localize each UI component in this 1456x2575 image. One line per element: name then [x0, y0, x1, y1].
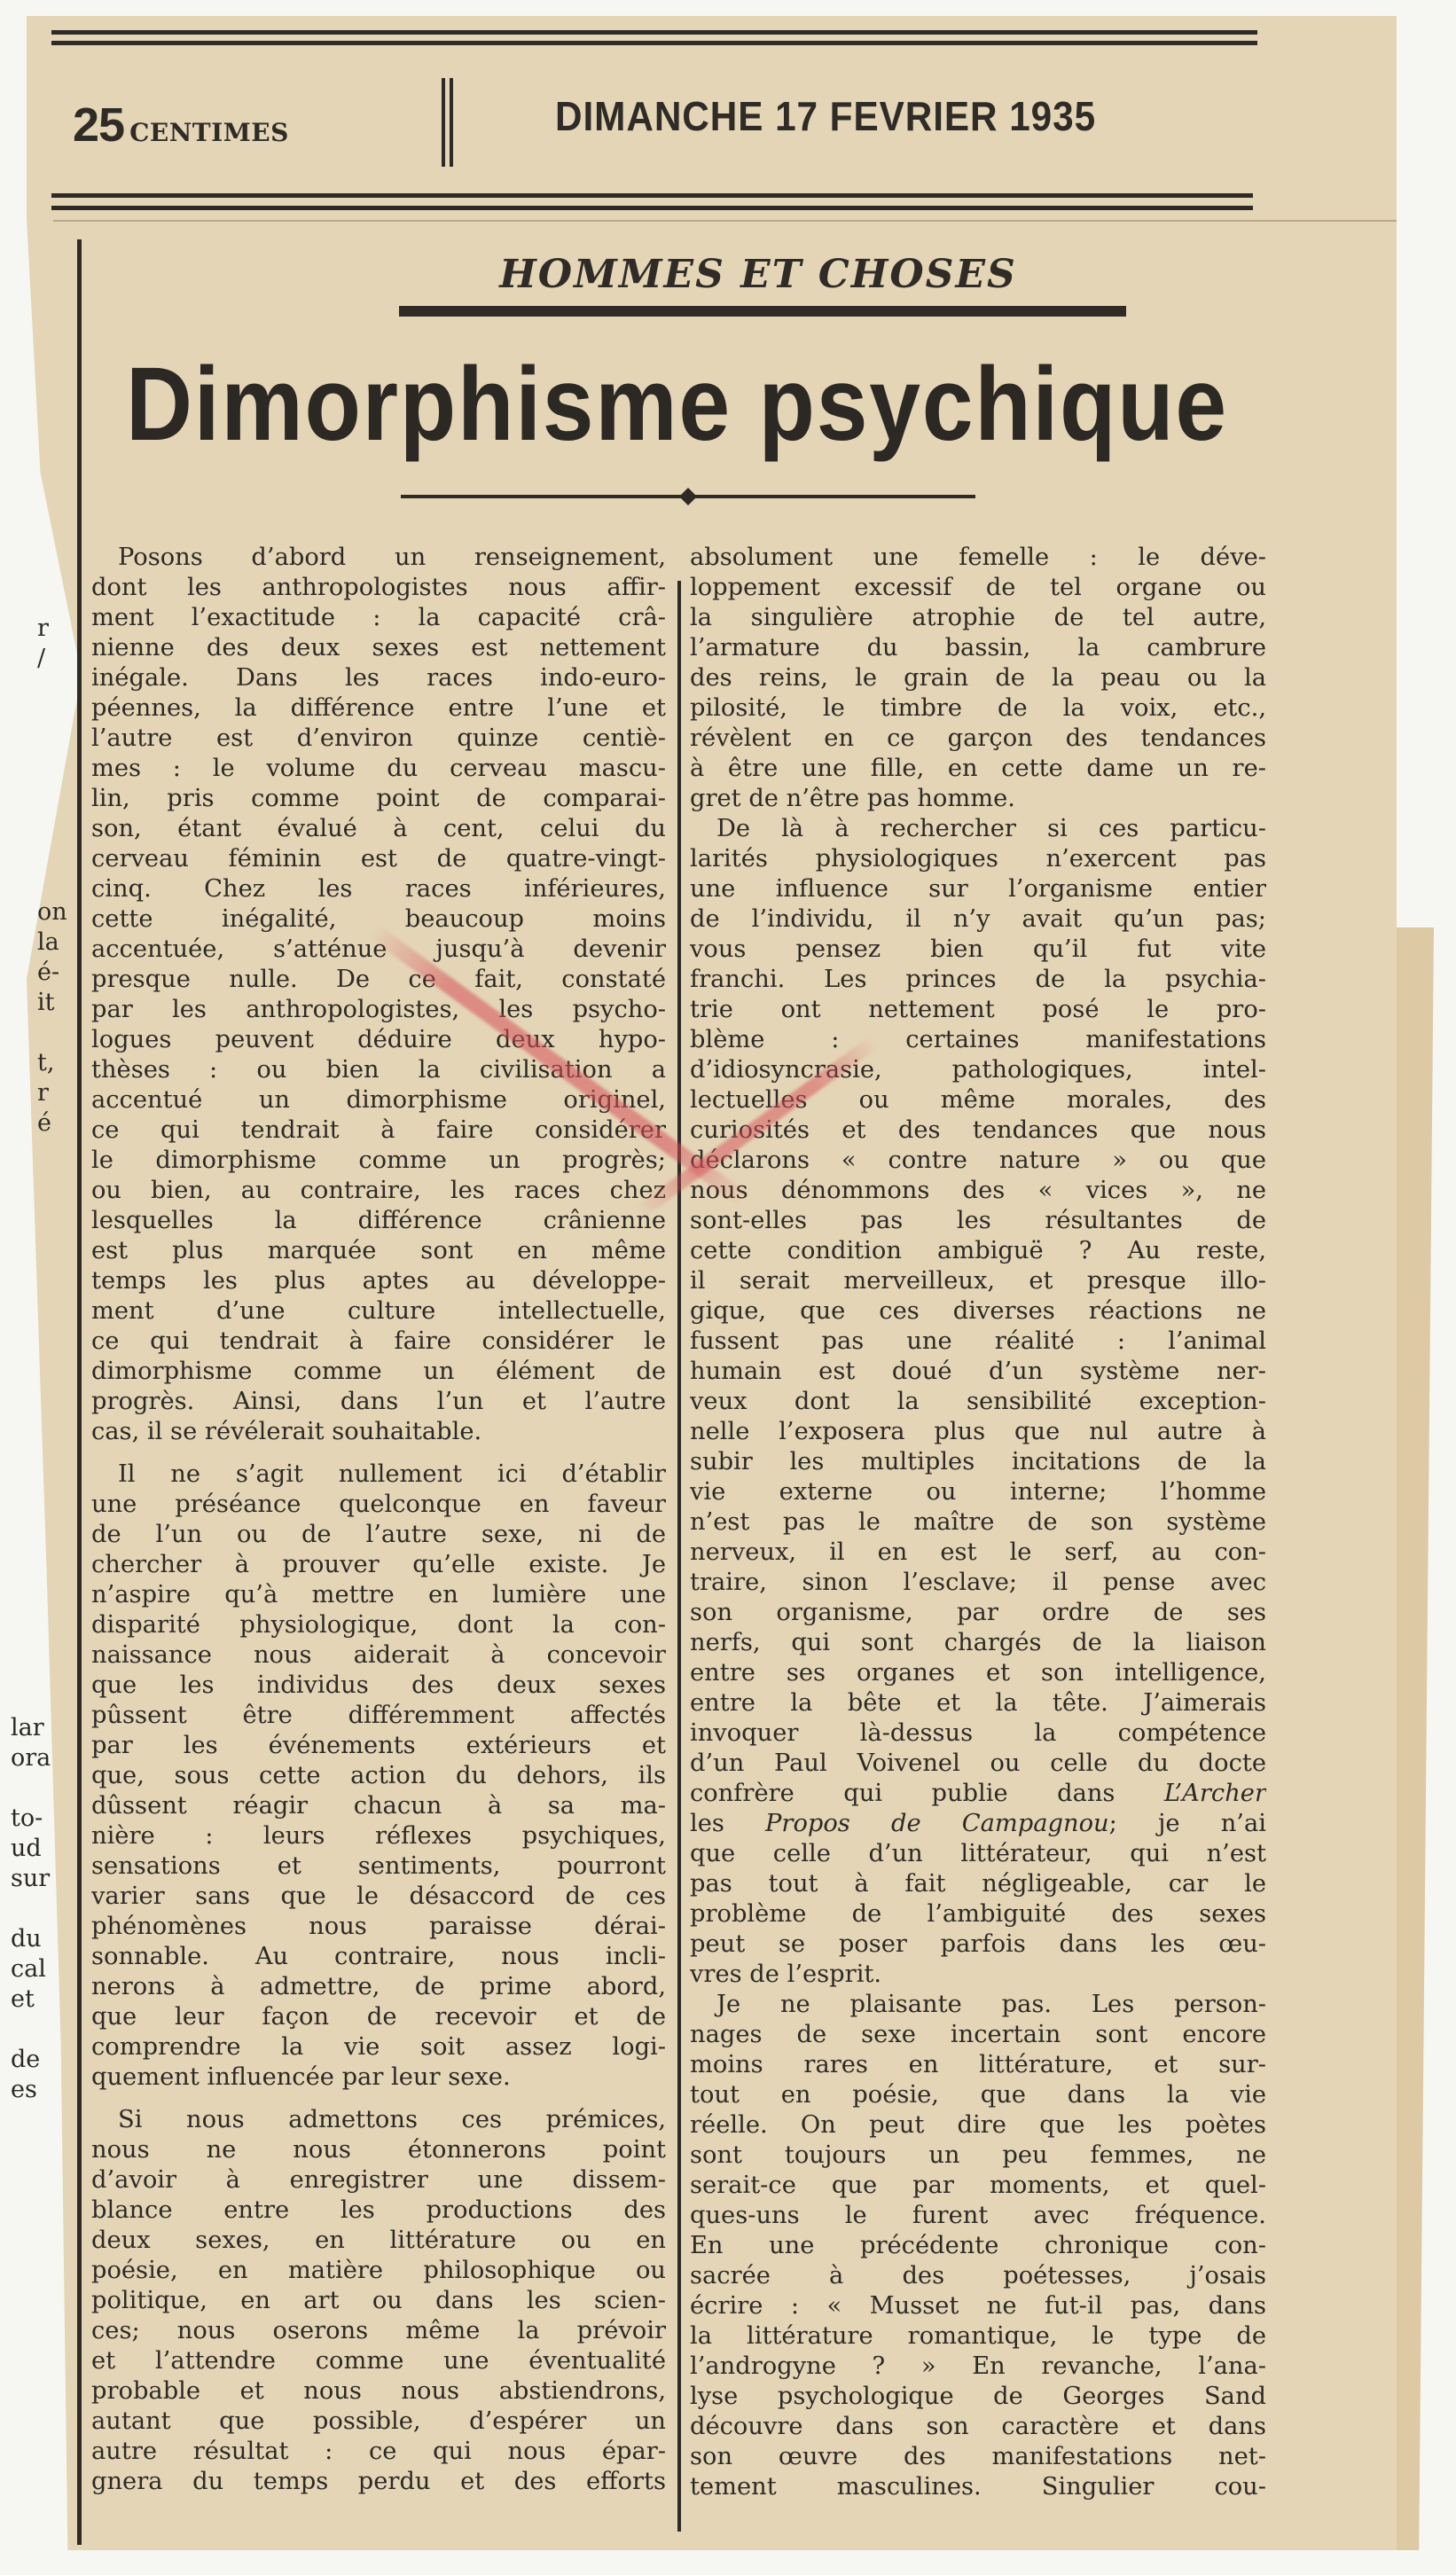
- text-line: nages de sexe incertain sont encore: [690, 2020, 1266, 2050]
- text-line: pas tout à fait négligeable, car le: [690, 1869, 1266, 1899]
- text-line: l’autre est d’environ quinze centiè-: [91, 724, 666, 754]
- text-line: ce qui tendrait à faire considérer le: [91, 1327, 666, 1357]
- text-line: sont toujours un peu femmes, ne: [690, 2141, 1266, 2171]
- article-column-right: absolument une femelle : le déve-loppeme…: [690, 543, 1266, 2502]
- issue-date: DIMANCHE 17 FEVRIER 1935: [555, 92, 1096, 140]
- text-line: que celle d’un littérateur, qui n’est: [690, 1839, 1266, 1869]
- text-line: entre la bête et la tête. J’aimerais: [690, 1688, 1266, 1718]
- text-line: par les anthropologistes, les psycho-: [91, 995, 666, 1025]
- text-line: de l’individu, il n’y avait qu’un pas;: [690, 904, 1266, 935]
- text-line: que leur façon de recevoir et de: [91, 2002, 666, 2032]
- text-line: trie ont nettement posé le pro-: [690, 995, 1266, 1025]
- text-line: En une précédente chronique con-: [690, 2231, 1266, 2261]
- text-line: ces; nous oserons même la prévoir: [91, 2316, 666, 2346]
- text-line: sacrée à des poétesses, j’osais: [690, 2261, 1266, 2291]
- paragraph-gap: [91, 2093, 666, 2105]
- text-line: gique, que ces diverses réactions ne: [690, 1296, 1266, 1327]
- text-line: phénomènes nous paraisse dérai-: [91, 1912, 666, 1942]
- price: 25CENTIMES: [73, 98, 289, 153]
- text-line: nienne des deux sexes est nettement: [91, 633, 666, 663]
- text-line: cinq. Chez les races inférieures,: [91, 874, 666, 904]
- text-line: et l’attendre comme une éventualité: [91, 2346, 666, 2376]
- text-line: écrire : « Musset ne fut-il pas, dans: [690, 2291, 1266, 2321]
- text-line: le dimorphisme comme un progrès;: [91, 1146, 666, 1176]
- price-number: 25: [73, 98, 124, 152]
- text-line: son œuvre des manifestations net-: [690, 2442, 1266, 2472]
- text-line: révèlent en ce garçon des tendances: [690, 724, 1266, 754]
- text-line: cerveau féminin est de quatre-vingt-: [91, 844, 666, 874]
- text-line: la littérature romantique, le type de: [690, 2321, 1266, 2352]
- text-line: problème de l’ambiguité des sexes: [690, 1899, 1266, 1929]
- title-ornament: [401, 488, 975, 505]
- text-line: peut se poser parfois dans les œu-: [690, 1929, 1266, 1960]
- text-line: d’idiosyncrasie, pathologiques, intel-: [690, 1055, 1266, 1085]
- text-line: nière : leurs réflexes psychiques,: [91, 1821, 666, 1851]
- text-line: d’avoir à enregistrer une dissem-: [91, 2165, 666, 2195]
- text-line: dimorphisme comme un élément de: [91, 1357, 666, 1387]
- text-line: gnera du temps perdu et des efforts: [91, 2467, 666, 2497]
- text-line: tout en poésie, que dans la vie: [690, 2080, 1266, 2110]
- masthead-rule-top: [51, 30, 1257, 35]
- margin-fragment-middle: on la é- it t, r é: [37, 897, 67, 1139]
- text-line: Posons d’abord un renseignement,: [91, 543, 666, 573]
- text-line: sont-elles pas les résultantes de: [690, 1206, 1266, 1236]
- text-line: disparité physiologique, dont la con-: [91, 1610, 666, 1640]
- text-line: son organisme, par ordre de ses: [690, 1598, 1266, 1628]
- text-line: réelle. On peut dire que les poètes: [690, 2110, 1266, 2141]
- text-line: par les événements extérieurs et: [91, 1731, 666, 1761]
- text-line: gret de n’être pas homme.: [690, 784, 1266, 814]
- text-line: subir les multiples incitations de la: [690, 1447, 1266, 1477]
- text-line: blance entre les productions des: [91, 2195, 666, 2226]
- text-line: vous pensez bien qu’il fut vite: [690, 935, 1266, 965]
- text-line: chercher à prouver qu’elle existe. Je: [91, 1550, 666, 1580]
- text-line: péennes, la différence entre l’une et: [91, 693, 666, 724]
- masthead-rule-top-2: [51, 41, 1257, 45]
- text-line: ment d’une culture intellectuelle,: [91, 1296, 666, 1327]
- text-line: humain est doué d’un système ner-: [690, 1357, 1266, 1387]
- text-line: ment l’exactitude : la capacité crâ-: [91, 603, 666, 633]
- column-divider: [677, 581, 681, 2532]
- clipping-fold-strip: [1397, 927, 1434, 2550]
- text-line: blème : certaines manifestations: [690, 1025, 1266, 1055]
- text-line: lesquelles la différence crânienne: [91, 1206, 666, 1236]
- masthead-rule-bottom-2: [51, 206, 1253, 210]
- text-line: sensations et sentiments, pourront: [91, 1851, 666, 1882]
- text-line: nerveux, il en est le serf, au con-: [690, 1538, 1266, 1568]
- text-line: une préséance quelconque en faveur: [91, 1490, 666, 1520]
- text-line: ques-uns le furent avec fréquence.: [690, 2201, 1266, 2231]
- text-line: inégale. Dans les races indo-euro-: [91, 663, 666, 693]
- fold-crease: [53, 220, 1397, 222]
- text-line: larités physiologiques n’exercent pas: [690, 844, 1266, 874]
- text-line: temps les plus aptes au développe-: [91, 1266, 666, 1296]
- margin-fragment-bottom: lar ora to- ud sur du cal et de es: [11, 1713, 51, 2105]
- text-line: vie externe ou interne; l’homme: [690, 1477, 1266, 1507]
- text-line: Il ne s’agit nullement ici d’établir: [91, 1460, 666, 1490]
- text-line: nous dénommons des « vices », ne: [690, 1176, 1266, 1206]
- text-line: ou bien, au contraire, les races chez: [91, 1176, 666, 1206]
- text-line: presque nulle. De ce fait, constaté: [91, 965, 666, 995]
- text-line: à être une fille, en cette dame un re-: [690, 754, 1266, 784]
- text-line: invoquer là-dessus la compétence: [690, 1718, 1266, 1749]
- text-line: logues peuvent déduire deux hypo-: [91, 1025, 666, 1055]
- text-line: la singulière atrophie de tel autre,: [690, 603, 1266, 633]
- text-line: des reins, le grain de la peau ou la: [690, 663, 1266, 693]
- text-line: que les individus des deux sexes: [91, 1671, 666, 1701]
- text-line: est plus marquée sont en même: [91, 1236, 666, 1266]
- text-line: serait-ce que par moments, et quel-: [690, 2171, 1266, 2201]
- text-line: cette condition ambiguë ? Au reste,: [690, 1236, 1266, 1266]
- text-line: entre ses organes et son intelligence,: [690, 1658, 1266, 1688]
- article-column-left: Posons d’abord un renseignement,dont les…: [91, 543, 666, 2497]
- text-line: veux dont la sensibilité exception-: [690, 1387, 1266, 1417]
- text-line: n’aspire qu’à mettre en lumière une: [91, 1580, 666, 1610]
- text-line: lyse psychologique de Georges Sand: [690, 2382, 1266, 2412]
- text-line: autant que possible, d’espérer un: [91, 2407, 666, 2437]
- text-line: pûssent être différemment affectés: [91, 1701, 666, 1731]
- text-line: vres de l’esprit.: [690, 1960, 1266, 1990]
- left-column-rule: [77, 239, 82, 2545]
- text-line: son, étant évalué à cent, celui du: [91, 814, 666, 844]
- text-line: n’est pas le maître de son système: [690, 1507, 1266, 1538]
- text-line: quement influencée par leur sexe.: [91, 2062, 666, 2093]
- text-line: découvre dans son caractère et dans: [690, 2412, 1266, 2442]
- article-title: Dimorphisme psychique: [126, 344, 1140, 465]
- text-line: confrère qui publie dans L’Archer: [690, 1779, 1266, 1809]
- text-line: naissance nous aiderait à concevoir: [91, 1640, 666, 1671]
- text-line: moins rares en littérature, et sur-: [690, 2050, 1266, 2080]
- text-line: tement masculines. Singulier cou-: [690, 2472, 1266, 2502]
- price-unit: CENTIMES: [129, 118, 289, 147]
- text-line: dont les anthropologistes nous affir-: [91, 573, 666, 603]
- text-line: dûssent réagir chacun à sa ma-: [91, 1791, 666, 1821]
- rubric-underline: [399, 306, 1126, 317]
- text-line: pilosité, le timbre de la voix, etc.,: [690, 693, 1266, 724]
- text-line: l’armature du bassin, la cambrure: [690, 633, 1266, 663]
- text-line: les Propos de Campagnou; je n’ai: [690, 1809, 1266, 1839]
- masthead-separator: [442, 78, 445, 167]
- text-line: absolument une femelle : le déve-: [690, 543, 1266, 573]
- text-line: de l’un ou de l’autre sexe, ni de: [91, 1520, 666, 1550]
- text-line: déclarons « contre nature » ou que: [690, 1146, 1266, 1176]
- text-line: il serait merveilleux, et presque illo-: [690, 1266, 1266, 1296]
- text-line: fussent pas une réalité : l’animal: [690, 1327, 1266, 1357]
- text-line: sonnable. Au contraire, nous incli-: [91, 1942, 666, 1972]
- text-line: que, sous cette action du dehors, ils: [91, 1761, 666, 1791]
- text-line: probable et nous nous abstiendrons,: [91, 2376, 666, 2407]
- text-line: une influence sur l’organisme entier: [690, 874, 1266, 904]
- text-line: progrès. Ainsi, dans l’un et l’autre: [91, 1387, 666, 1417]
- masthead-separator-2: [450, 78, 453, 167]
- text-line: comprendre la vie soit assez logi-: [91, 2032, 666, 2062]
- paragraph-gap: [91, 1447, 666, 1460]
- text-line: poésie, en matière philosophique ou: [91, 2256, 666, 2286]
- text-line: Je ne plaisante pas. Les person-: [690, 1990, 1266, 2020]
- text-line: cas, il se révélerait souhaitable.: [91, 1417, 666, 1447]
- text-line: nelle l’exposera plus que nul autre à: [690, 1417, 1266, 1447]
- text-line: loppement excessif de tel organe ou: [690, 573, 1266, 603]
- rubric-heading: HOMMES ET CHOSES: [390, 252, 1126, 297]
- text-line: politique, en art ou dans les scien-: [91, 2286, 666, 2316]
- margin-fragment-top: r /: [37, 614, 49, 674]
- text-line: mes : le volume du cerveau mascu-: [91, 754, 666, 784]
- text-line: Si nous admettons ces prémices,: [91, 2105, 666, 2135]
- text-line: lin, pris comme point de comparai-: [91, 784, 666, 814]
- text-line: nerons à admettre, de prime abord,: [91, 1972, 666, 2002]
- text-line: De là à rechercher si ces particu-: [690, 814, 1266, 844]
- text-line: d’un Paul Voivenel ou celle du docte: [690, 1749, 1266, 1779]
- text-line: autre résultat : ce qui nous épar-: [91, 2437, 666, 2467]
- text-line: varier sans que le désaccord de ces: [91, 1882, 666, 1912]
- text-line: nerfs, qui sont chargés de la liaison: [690, 1628, 1266, 1658]
- text-line: franchi. Les princes de la psychia-: [690, 965, 1266, 995]
- masthead-rule-bottom: [51, 193, 1253, 198]
- text-line: ce qui tendrait à faire considérer: [91, 1115, 666, 1146]
- text-line: l’androgyne ? » En revanche, l’ana-: [690, 2352, 1266, 2382]
- text-line: deux sexes, en littérature ou en: [91, 2226, 666, 2256]
- text-line: nous ne nous étonnerons point: [91, 2135, 666, 2165]
- text-line: traire, sinon l’esclave; il pense avec: [690, 1568, 1266, 1598]
